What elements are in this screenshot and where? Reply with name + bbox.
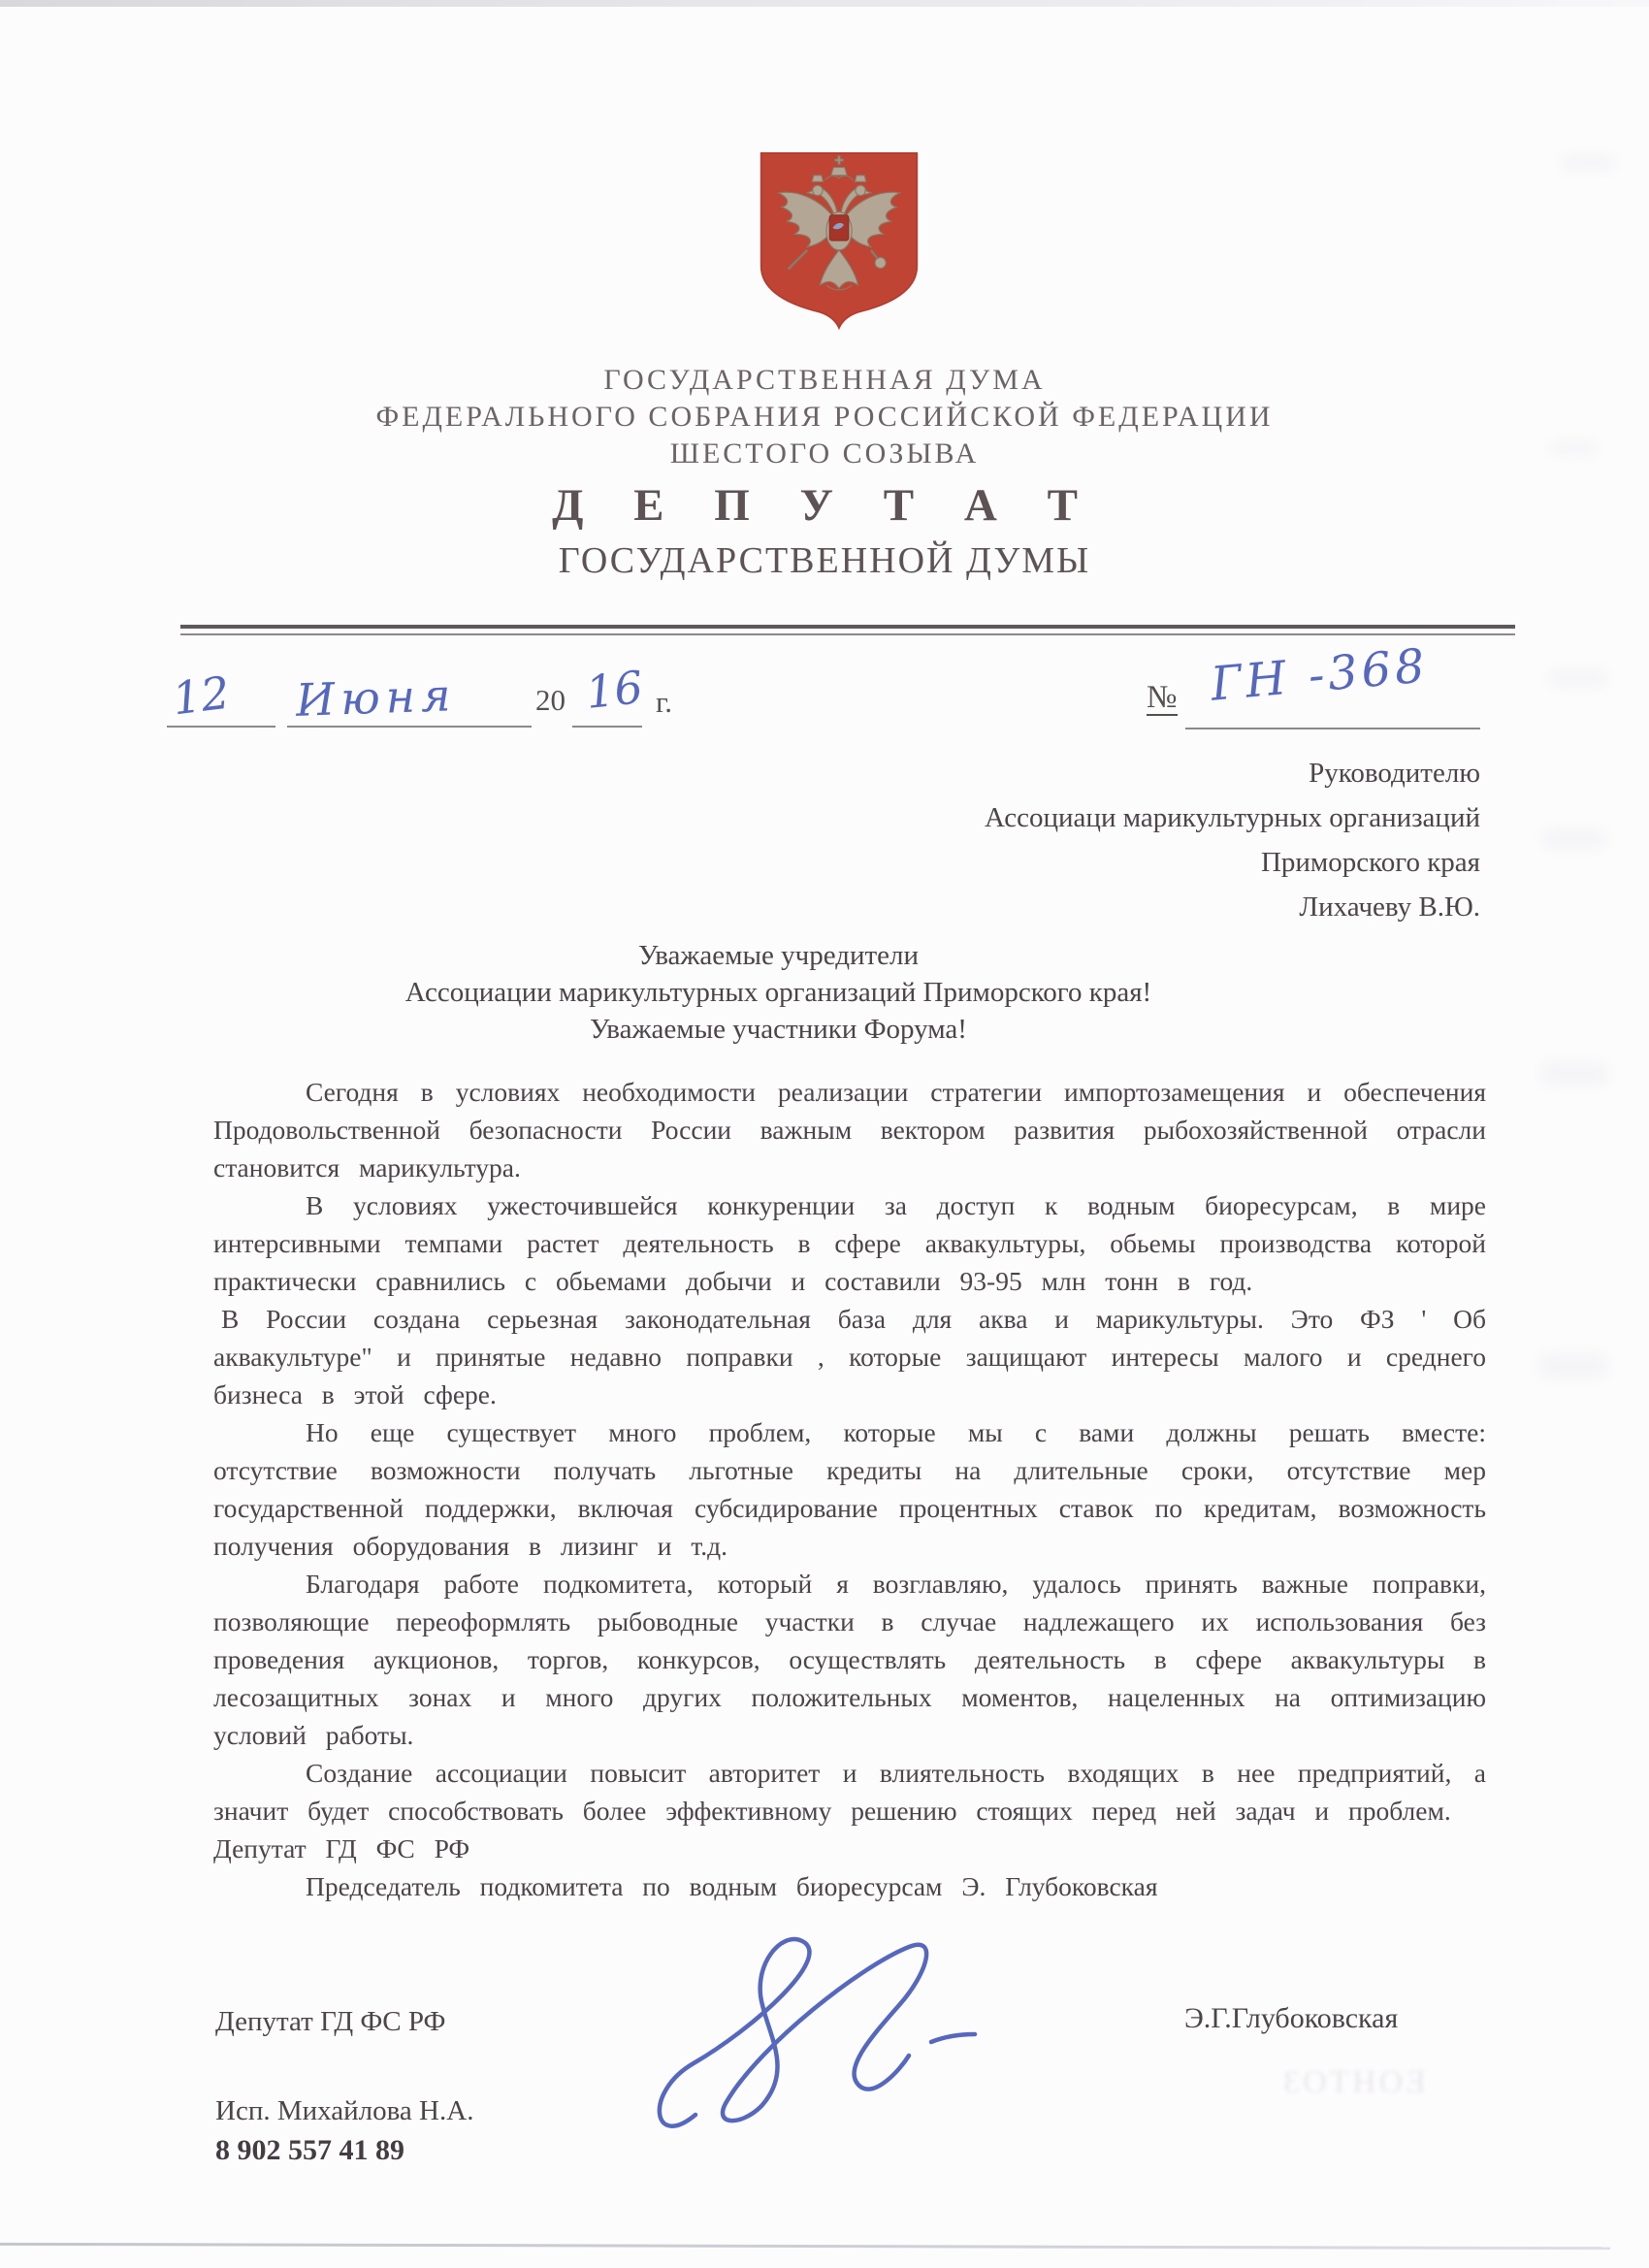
scan-edge-bottom bbox=[0, 2243, 1610, 2250]
salutation-line: Уважаемые учредители bbox=[194, 937, 1363, 974]
body-deputy-line: Депутат ГД ФС РФ bbox=[213, 1830, 1486, 1867]
scan-smudge bbox=[1538, 1353, 1608, 1378]
scan-smudge bbox=[1560, 155, 1616, 171]
body-paragraph: Сегодня в условиях необходимости реализа… bbox=[213, 1073, 1486, 1186]
number-sign-label: № bbox=[1147, 681, 1178, 716]
letterhead-title-deputy: Д Е П У Т А Т bbox=[0, 479, 1649, 532]
signoff-name: Э.Г.Глубоковская bbox=[1184, 2002, 1398, 2035]
body-paragraph: В России создана серьезная законодательн… bbox=[213, 1300, 1486, 1413]
addressee-line: Руководителю bbox=[795, 751, 1480, 795]
scan-smudge bbox=[1542, 829, 1606, 849]
date-month-underline bbox=[287, 726, 532, 728]
body-paragraph: Благодаря работе подкомитета, который я … bbox=[213, 1565, 1486, 1754]
handwritten-outgoing-number: ГН -368 bbox=[1209, 638, 1431, 711]
handwritten-month: Июня bbox=[295, 668, 457, 727]
salutation-block: Уважаемые учредители Ассоциации марикуль… bbox=[194, 937, 1363, 1048]
body-paragraph: Но еще существует много проблем, которые… bbox=[213, 1413, 1486, 1565]
org-name-line3: ШЕСТОГО СОЗЫВА bbox=[0, 437, 1649, 470]
letterhead-rule-thick bbox=[180, 625, 1515, 629]
letter-page: ГОСУДАРСТВЕННАЯ ДУМА ФЕДЕРАЛЬНОГО СОБРАН… bbox=[0, 0, 1649, 2268]
double-headed-eagle-icon bbox=[760, 151, 919, 330]
scan-smudge bbox=[1548, 669, 1608, 687]
signoff-title: Депутат ГД ФС РФ bbox=[215, 2006, 445, 2038]
ink-bleedthrough-artifact: ЕОНТОЗ bbox=[1261, 2064, 1426, 2099]
printed-year-prefix: 20 bbox=[535, 683, 566, 718]
letterhead-title-duma: ГОСУДАРСТВЕННОЙ ДУМЫ bbox=[0, 539, 1649, 582]
addressee-line: Лихачеву В.Ю. bbox=[795, 885, 1480, 929]
scan-smudge bbox=[1540, 1062, 1608, 1085]
body-paragraph: В условиях ужесточившейся конкуренции за… bbox=[213, 1186, 1486, 1300]
body-paragraph: Создание ассоциации повысит авторитет и … bbox=[213, 1754, 1486, 1830]
date-day-underline bbox=[167, 726, 275, 728]
executor-name: Исп. Михайлова Н.А. bbox=[215, 2095, 473, 2127]
letterhead-rule-thin bbox=[180, 633, 1515, 635]
handwritten-signature bbox=[635, 1926, 1023, 2139]
scan-smudge bbox=[1550, 441, 1599, 455]
letter-body: Сегодня в условиях необходимости реализа… bbox=[213, 1073, 1486, 1905]
handwritten-year: 16 bbox=[583, 661, 645, 719]
coat-of-arms-emblem bbox=[760, 151, 919, 330]
executor-phone: 8 902 557 41 89 bbox=[215, 2134, 404, 2167]
addressee-line: Приморского края bbox=[795, 840, 1480, 885]
body-chairman-line: Председатель подкомитета по водным биоре… bbox=[213, 1867, 1486, 1905]
salutation-line: Уважаемые участники Форума! bbox=[194, 1011, 1363, 1048]
addressee-line: Ассоциаци марикультурных организаций bbox=[795, 795, 1480, 840]
addressee-block: Руководителю Ассоциаци марикультурных ор… bbox=[795, 751, 1480, 929]
printed-year-suffix: г. bbox=[656, 685, 672, 720]
scan-edge-top bbox=[0, 0, 1649, 7]
salutation-line: Ассоциации марикультурных организаций Пр… bbox=[194, 974, 1363, 1011]
org-name-line2: ФЕДЕРАЛЬНОГО СОБРАНИЯ РОССИЙСКОЙ ФЕДЕРАЦ… bbox=[0, 401, 1649, 434]
org-name-line1: ГОСУДАРСТВЕННАЯ ДУМА bbox=[0, 364, 1649, 397]
date-year-underline bbox=[572, 726, 642, 728]
handwritten-day: 12 bbox=[170, 666, 233, 726]
number-underline bbox=[1185, 728, 1480, 729]
